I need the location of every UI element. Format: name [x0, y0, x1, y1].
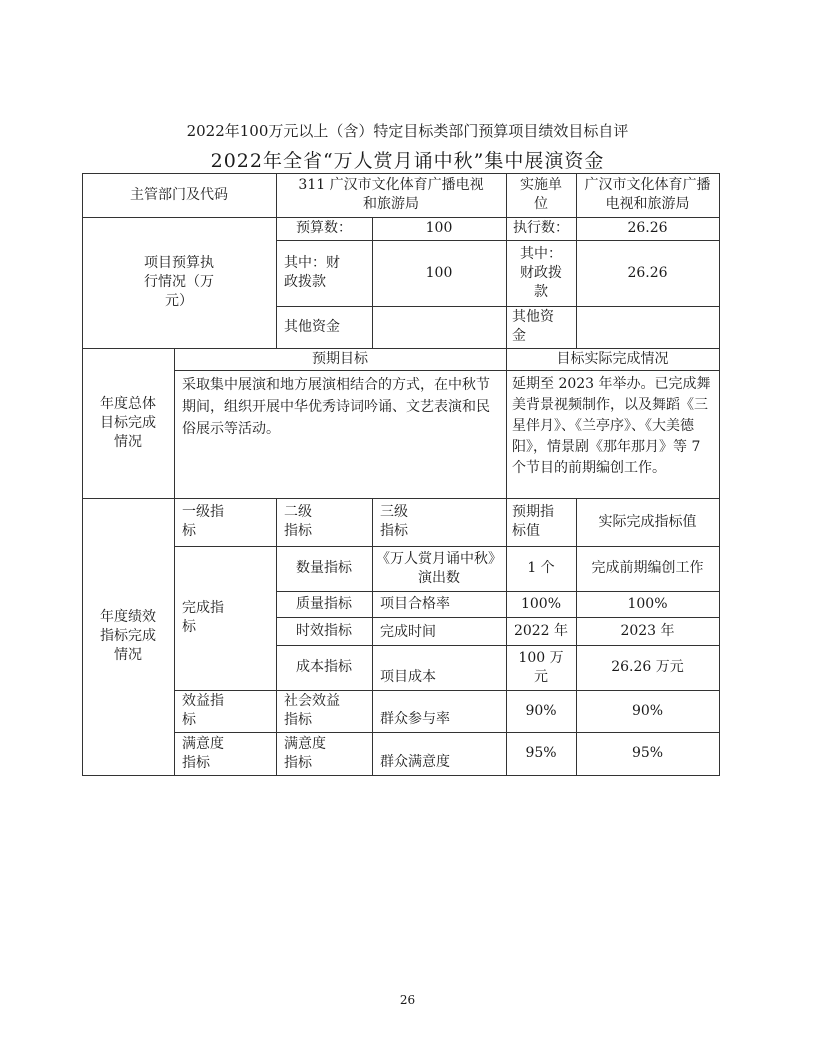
- grid-line: [506, 348, 507, 498]
- grid-line: [506, 498, 507, 775]
- actual-goal-header: 目标实际完成情况: [506, 348, 719, 370]
- grid-line: [82, 498, 720, 499]
- impl-label: 实施单位: [506, 173, 576, 217]
- fiscal-budget-value: 100: [372, 240, 506, 306]
- perf-row-level3: 项目成本: [372, 645, 506, 690]
- perf-row-level3: 《万人赏月诵中秋》演出数: [372, 546, 506, 591]
- grid-line: [82, 173, 83, 776]
- perf-row-level1: 满意度指标: [174, 732, 276, 775]
- grid-line: [82, 217, 720, 218]
- perf-row-level2: 成本指标: [276, 645, 372, 690]
- grid-line: [174, 546, 720, 547]
- perf-row-actual: 26.26 万元: [576, 645, 719, 690]
- perf-row-expected: 1 个: [506, 546, 576, 591]
- perf-header-expected: 预期指标值: [506, 498, 576, 546]
- perf-row-actual: 95%: [576, 732, 719, 775]
- grid-line: [174, 370, 720, 371]
- dept-label: 主管部门及代码: [82, 173, 276, 217]
- page-number: 26: [0, 993, 815, 1007]
- perf-row-level2: 满意度指标: [276, 732, 372, 775]
- grid-line: [576, 498, 577, 775]
- perf-row-level3: 项目合格率: [372, 591, 506, 617]
- grid-line: [276, 591, 720, 592]
- grid-line: [372, 217, 373, 348]
- fiscal-exec-label: 其中：财政拨款: [506, 240, 576, 306]
- perf-label: 年度绩效指标完成情况: [82, 498, 174, 775]
- grid-line: [82, 775, 720, 776]
- grid-line: [719, 173, 720, 776]
- perf-row-level3: 完成时间: [372, 617, 506, 645]
- fiscal-label: 其中：财政拨款: [276, 240, 372, 306]
- perf-row-expected: 100%: [506, 591, 576, 617]
- grid-line: [276, 306, 720, 307]
- expected-goal-header: 预期目标: [174, 348, 506, 370]
- budget-label: 预算数：: [276, 217, 372, 240]
- perf-row-actual: 90%: [576, 690, 719, 732]
- grid-line: [174, 732, 720, 733]
- other-exec-value: [576, 306, 719, 348]
- budget-value: 100: [372, 217, 506, 240]
- perf-row-actual: 2023 年: [576, 617, 719, 645]
- other-label: 其他资金: [276, 306, 372, 348]
- budget-section-label: 项目预算执行情况（万元）: [82, 217, 276, 348]
- other-exec-label: 其他资金: [506, 306, 576, 348]
- impl-value: 广汉市文化体育广播电视和旅游局: [576, 173, 719, 217]
- grid-line: [506, 173, 507, 348]
- dept-value: 311 广汉市文化体育广播电视和旅游局: [276, 173, 506, 217]
- expected-goal-text: 采取集中展演和地方展演相结合的方式，在中秋节期间，组织开展中华优秀诗词吟诵、文艺…: [174, 370, 506, 498]
- perf-header-level1: 一级指标: [174, 498, 276, 546]
- completion-label: 完成指标: [174, 546, 276, 690]
- exec-label: 执行数：: [506, 217, 576, 240]
- perf-row-level3: 群众参与率: [372, 690, 506, 732]
- perf-row-expected: 2022 年: [506, 617, 576, 645]
- grid-line: [576, 173, 577, 348]
- project-title: 2022年全省“万人赏月诵中秋”集中展演资金: [0, 146, 815, 173]
- perf-row-actual: 完成前期编创工作: [576, 546, 719, 591]
- other-budget-value: [372, 306, 506, 348]
- grid-line: [174, 690, 720, 691]
- grid-line: [82, 173, 720, 174]
- document-title: 2022年100万元以上（含）特定目标类部门预算项目绩效目标自评: [0, 120, 815, 141]
- fiscal-exec-value: 26.26: [576, 240, 719, 306]
- actual-goal-text: 延期至 2023 年举办。已完成舞美背景视频制作，以及舞蹈《三星伴月》、《兰亭序…: [506, 370, 719, 498]
- perf-row-level2: 质量指标: [276, 591, 372, 617]
- perf-row-level2: 数量指标: [276, 546, 372, 591]
- perf-row-level3: 群众满意度: [372, 732, 506, 775]
- grid-line: [276, 617, 720, 618]
- grid-line: [276, 240, 720, 241]
- annual-goal-label: 年度总体目标完成情况: [82, 348, 174, 498]
- grid-line: [174, 348, 175, 775]
- perf-row-expected: 100 万元: [506, 645, 576, 690]
- perf-row-level2: 社会效益指标: [276, 690, 372, 732]
- grid-line: [372, 498, 373, 775]
- exec-value: 26.26: [576, 217, 719, 240]
- grid-line: [276, 173, 277, 348]
- grid-line: [276, 645, 720, 646]
- perf-header-actual: 实际完成指标值: [576, 498, 719, 546]
- perf-header-level3: 三级指标: [372, 498, 506, 546]
- perf-header-level2: 二级指标: [276, 498, 372, 546]
- grid-line: [276, 498, 277, 775]
- perf-row-expected: 90%: [506, 690, 576, 732]
- perf-row-level1: 效益指标: [174, 690, 276, 732]
- perf-row-level2: 时效指标: [276, 617, 372, 645]
- perf-row-expected: 95%: [506, 732, 576, 775]
- perf-row-actual: 100%: [576, 591, 719, 617]
- grid-line: [82, 348, 720, 349]
